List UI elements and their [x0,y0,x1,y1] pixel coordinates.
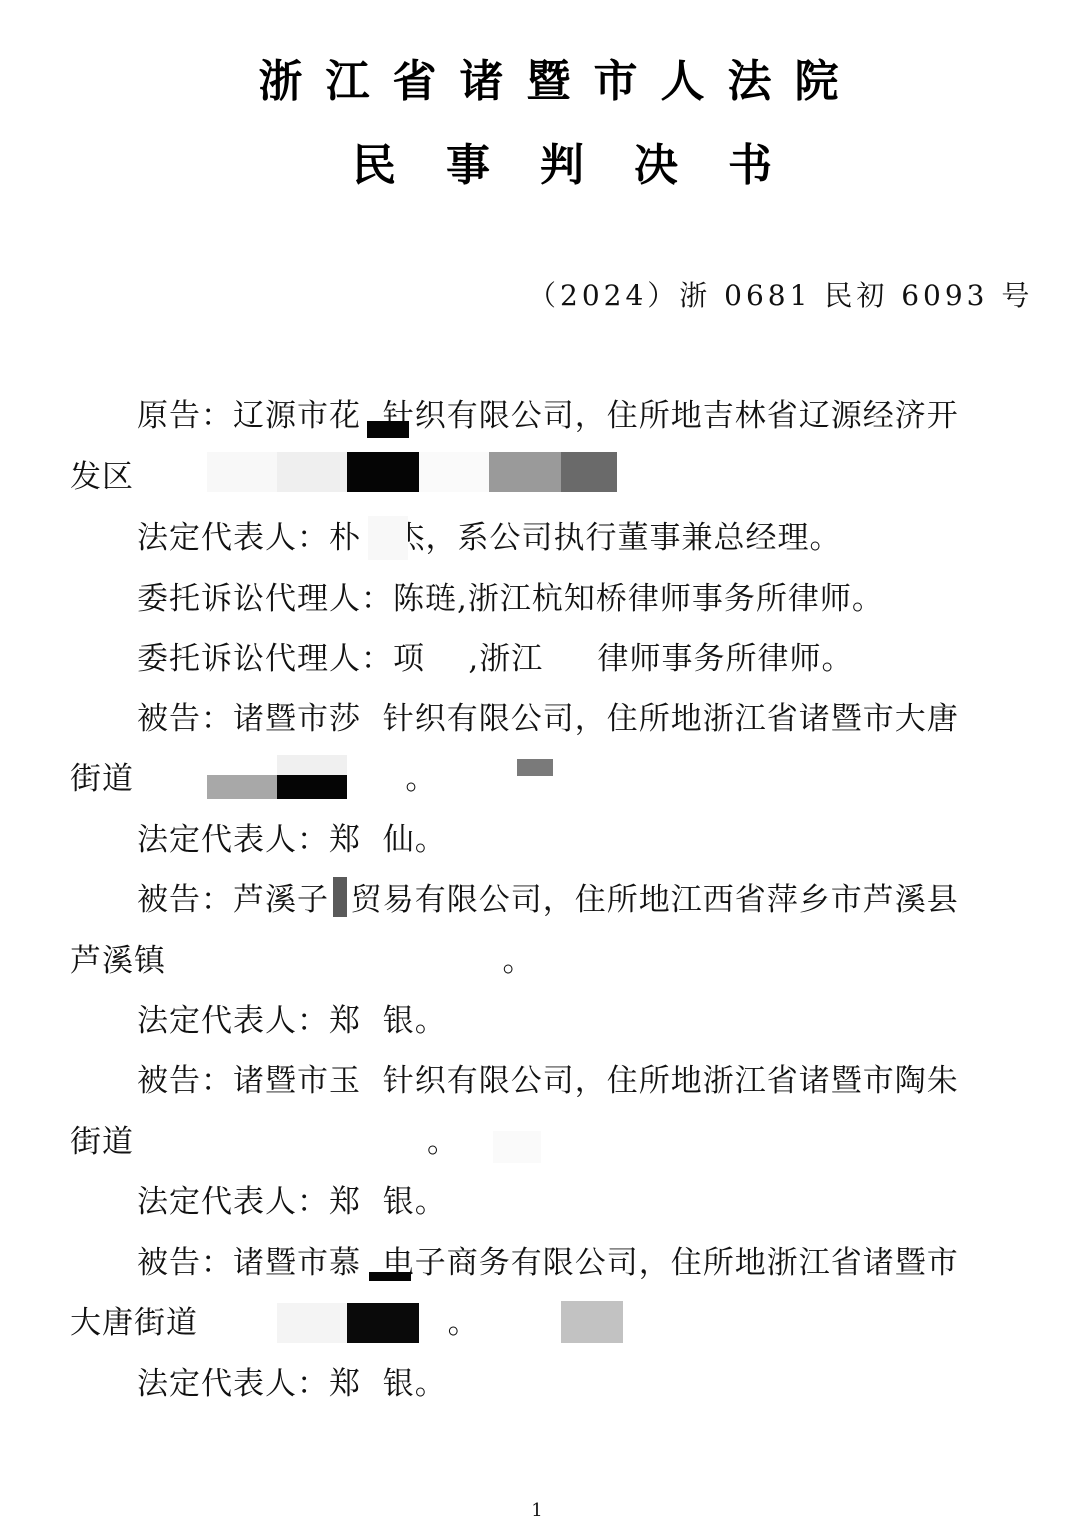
redaction-block [367,421,409,438]
defendant-1-line-1: 被告：诸暨市莎 针织有限公司，住所地浙江省诸暨市大唐 [137,697,959,741]
case-number: （2024）浙 0681 民初 6093 号 [528,276,1033,316]
redaction-block [207,775,277,799]
defendant-2-line-1: 被告：芦溪子 贸易有限公司，住所地江西省萍乡市芦溪县 [137,878,959,922]
redaction-block [493,1131,541,1163]
page-number: 1 [0,1500,1074,1520]
defendant-2-line-2: 芦溪镇 。 [70,939,534,983]
court-title: 浙江省诸暨市人法院 [0,54,1074,110]
redaction-block [277,755,347,775]
redaction-block [347,1303,419,1343]
plaintiff-line-1: 原告：辽源市花 针织有限公司，住所地吉林省辽源经济开 [137,394,959,438]
document-type-title: 民事判决书 [0,138,1074,194]
redaction-block [277,1303,347,1343]
redaction-block [368,516,408,560]
redaction-block [333,877,347,917]
defendant-3-legal-rep: 法定代表人：郑 银。 [137,1180,447,1224]
plaintiff-agent-1: 委托诉讼代理人：陈琏,浙江杭知桥律师事务所律师。 [137,577,884,621]
defendant-3-line-2: 街道 。 [70,1120,459,1164]
plaintiff-agent-2: 委托诉讼代理人：项 ,浙江 律师事务所律师。 [137,637,854,681]
redaction-block [561,1301,623,1343]
defendant-4-legal-rep: 法定代表人：郑 银。 [137,1362,447,1406]
redaction-block [277,452,347,492]
defendant-2-legal-rep: 法定代表人：郑 银。 [137,999,447,1043]
redaction-block [207,452,277,492]
plaintiff-legal-rep: 法定代表人：朴 杰，系公司执行董事兼总经理。 [137,516,842,560]
redaction-block [561,452,617,492]
redaction-block [347,452,419,492]
redaction-block [277,775,347,799]
defendant-4-line-1: 被告：诸暨市慕 电子商务有限公司，住所地浙江省诸暨市 [137,1241,959,1285]
redaction-block [517,759,553,776]
redaction-block [489,452,561,492]
redaction-block [369,1272,411,1281]
defendant-1-legal-rep: 法定代表人：郑 仙。 [137,818,447,862]
defendant-3-line-1: 被告：诸暨市玉 针织有限公司，住所地浙江省诸暨市陶朱 [137,1059,959,1103]
redaction-block [419,452,489,492]
